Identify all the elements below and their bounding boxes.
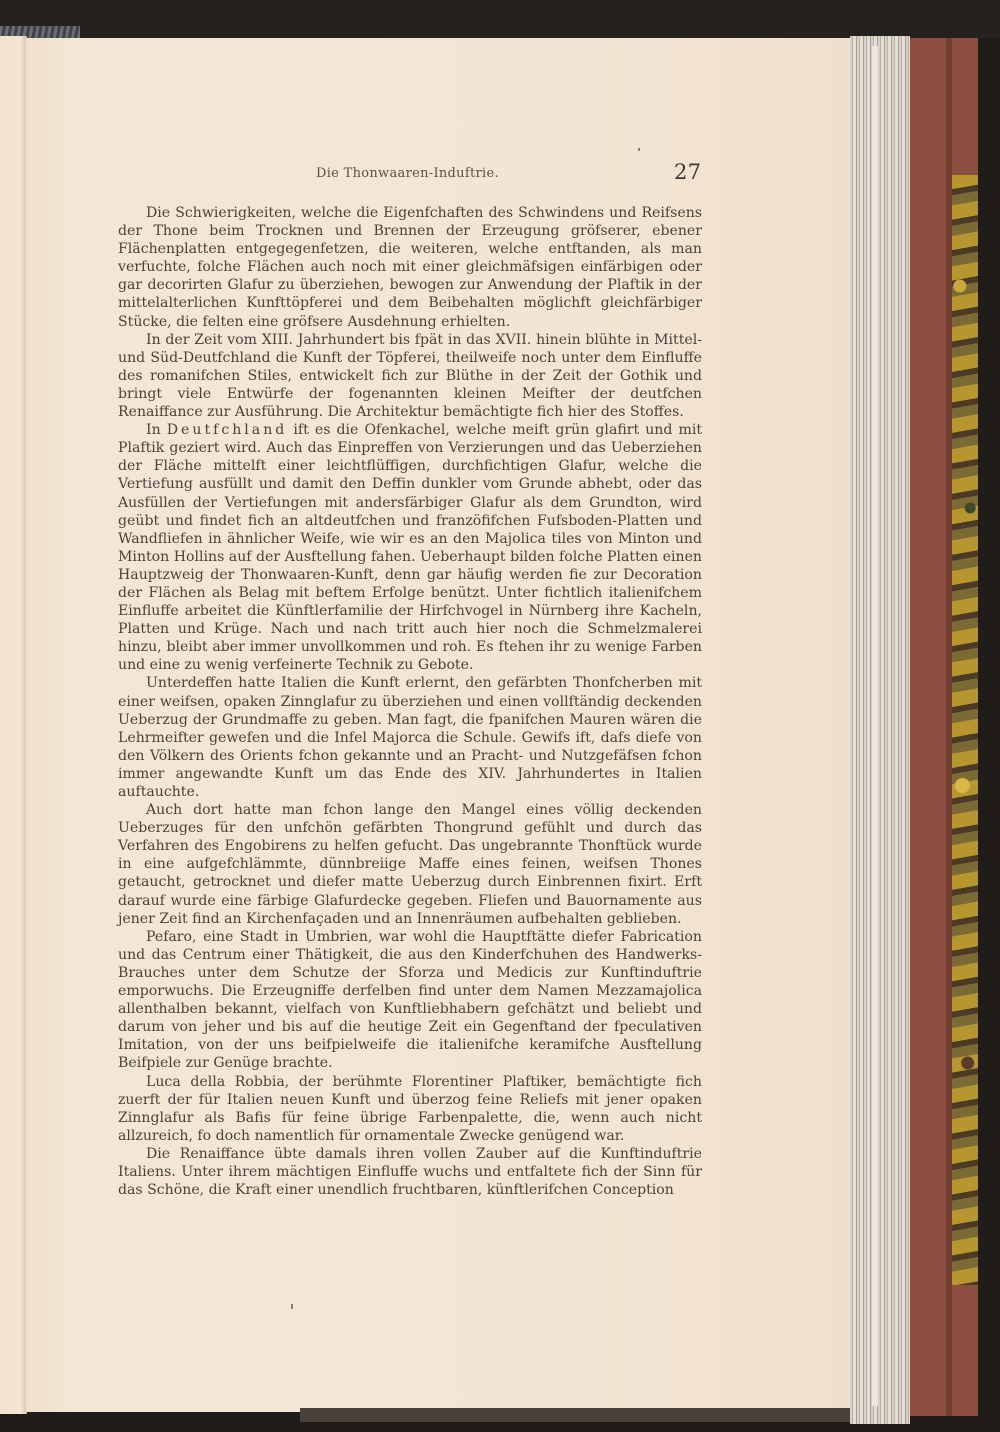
spaced-emphasis: Deutfchland [167,422,288,438]
paragraph: Luca della Robbia, der berühmte Florenti… [118,1073,702,1145]
page-stack-highlight [872,46,878,1406]
marbled-cover-paper [952,175,978,1285]
paragraph: In Deutfchland ift es die Ofenkachel, we… [118,421,702,674]
page-bottom-shadow [300,1408,890,1422]
left-page-edge [0,36,27,1414]
paragraph: In der Zeit vom XIII. Jahrhundert bis fp… [118,331,702,421]
paragraph: Die Schwierigkeiten, welche die Eigenfch… [118,204,702,331]
paper-speck [638,148,640,151]
paragraph: Auch dort hatte man fchon lange den Mang… [118,801,702,928]
paper-speck [291,1304,293,1309]
paragraph: Unterdeffen hatte Italien die Kunft erle… [118,674,702,801]
body-text: Die Schwierigkeiten, welche die Eigenfch… [118,204,702,1199]
paragraph-text: ift es die Ofenkachel, welche meift grün… [118,422,702,673]
paragraph: Die Renaiffance übte damals ihren vollen… [118,1145,702,1199]
page-stack-edges [850,36,910,1424]
paragraph-lead: In [146,422,167,438]
backdrop [0,0,1000,38]
page-number: 27 [674,160,701,184]
paragraph: Pefaro, eine Stadt in Umbrien, war wohl … [118,928,702,1073]
running-title: Die Thonwaaren-Induftrie. [316,166,499,181]
